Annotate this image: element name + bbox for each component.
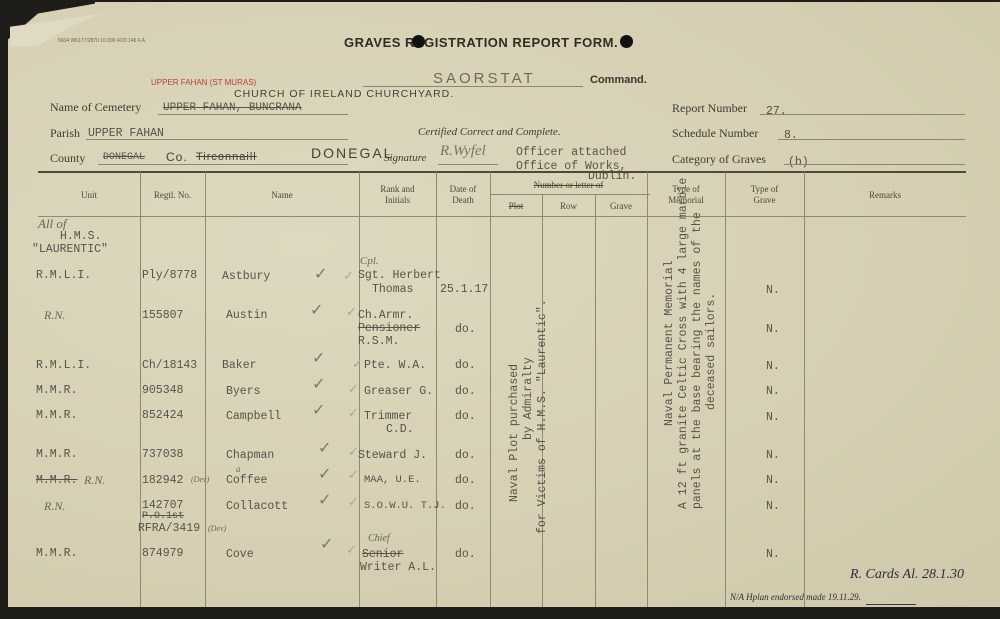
cell-name-pencil: a [236,464,241,474]
parish-label: Parish [50,126,80,141]
punch-hole [620,35,633,48]
category-label: Category of Graves [672,152,766,167]
cell-date: do. [455,385,476,398]
cell-unit: M.M.R. [36,409,77,422]
punch-hole [412,35,425,48]
check-mark-icon: ✓ [314,264,327,283]
cell-grave-type: N. [766,449,780,462]
check-mark-icon: ✓ [348,406,359,421]
cell-name: Cove [226,548,254,561]
cell-name: Coffee [226,474,267,487]
cell-rank: Ch.Armr. [358,309,413,322]
cell-name: Byers [226,385,261,398]
cell-rank: MAA, U.E. [364,474,421,486]
cemetery-handwritten: CHURCH OF IRELAND CHURCHYARD. [234,88,454,100]
header-plot: Plot [490,201,542,212]
cell-regtl-note: (Dev) [208,524,226,533]
cell-grave-type: N. [766,411,780,424]
cemetery-red-annotation: UPPER FAHAN (ST MURAS) [151,78,256,87]
cell-regtl-line-3: RFRA/3419 [138,522,200,535]
check-mark-icon: ✓ [318,490,331,509]
check-mark-icon: ✓ [348,382,359,397]
cemetery-label: Name of Cemetery [50,100,141,115]
cell-date: do. [455,548,476,561]
cell-rank-pencil: Cpl. [360,255,379,267]
cell-regtl-no: 905348 [142,384,183,397]
cell-rank: Sgt. Herbert [358,269,441,282]
form-title: GRAVES REGISTRATION REPORT FORM. [344,35,618,50]
cell-grave-type: N. [766,474,780,487]
header-row: Row [542,201,595,212]
cell-rank: Greaser G. [364,385,433,398]
cell-date: do. [455,449,476,462]
county-co: Co. [166,150,188,164]
header-grave: Grave [595,201,647,212]
cell-date: do. [455,410,476,423]
cell-unit: R.M.L.I. [36,359,91,372]
signature-value: R.Wyfel [440,143,486,160]
command-label: Command. [590,74,647,86]
plot-note: Naval Plot purchased by Admiralty for Vi… [508,299,550,502]
cell-unit: M.M.R. [36,384,77,397]
check-mark-icon: ✓ [312,348,325,367]
cell-unit: R.N. [44,499,65,514]
cell-rank: Senior [362,548,403,561]
check-mark-icon: ✓ [352,357,363,372]
cell-unit: R.M.L.I. [36,269,91,282]
header-remarks: Remarks [804,190,966,201]
cell-rank: Trimmer [364,410,412,423]
check-mark-icon: ✓ [348,468,359,483]
county-value: DONEGAL [311,145,393,161]
cell-date: 25.1.17 [440,283,488,296]
header-unit: Unit [38,190,140,201]
check-mark-icon: ✓ [343,269,354,284]
group-ship-line-1: H.M.S. [60,230,101,243]
cell-regtl-no: Ch/18143 [142,359,197,372]
header-rank: Rank andInitials [359,184,436,206]
cell-grave-type: N. [766,500,780,513]
check-mark-icon: ✓ [310,300,323,319]
cell-grave-type: N. [766,548,780,561]
report-number-value: 27. [766,105,787,118]
check-mark-icon: ✓ [318,438,331,457]
cell-regtl-no: 737038 [142,448,183,461]
header-bottom-rule [38,216,966,217]
cell-date: do. [455,500,476,513]
check-mark-icon: ✓ [312,374,325,393]
cell-rank-line-2: Writer A.L. [360,561,436,574]
cell-rank-pencil: Chief [368,533,390,544]
cell-rank-line-2: C.D. [386,423,414,436]
header-regtl-no: Regtl. No. [140,190,205,201]
cell-grave-type: N. [766,323,780,336]
remarks-signoff: R. Cards Al. 28.1.30 [850,567,964,583]
county-label: County [50,151,85,166]
report-number-label: Report Number [672,101,747,116]
header-grave-type: Type ofGrave [725,184,804,206]
cell-rank: S.O.W.U. T.J. [364,500,446,512]
schedule-number-value: 8. [784,129,798,142]
cell-regtl-no: 155807 [142,309,183,322]
check-mark-icon: ✓ [348,495,359,510]
header-date: Date ofDeath [436,184,490,206]
check-mark-icon: ✓ [320,534,333,553]
table-top-rule [38,171,966,173]
cell-name: Baker [222,359,257,372]
footer-note: N/A Hplan endorsed made 19.11.29. [730,592,861,602]
cell-rank-line-2: Pensioner [358,322,420,335]
cell-rank-line-2: Thomas [372,283,413,296]
cell-regtl-line-2: P.O.1st [142,511,184,522]
cell-regtl-no: 852424 [142,409,183,422]
cell-name: Austin [226,309,267,322]
cemetery-struck-value: UPPER FAHAN, BUNCRANA [163,102,302,114]
cell-grave-type: N. [766,284,780,297]
command-value: SAORSTAT [433,70,536,87]
header-number-group: Number or letter of [490,180,647,191]
number-group-rule [490,194,650,195]
cell-date: do. [455,359,476,372]
officer-line-1: Officer attached [516,146,626,159]
schedule-number-label: Schedule Number [672,126,758,141]
category-value: (b) [788,156,809,169]
signature-label: Signature [384,152,426,164]
header-name: Name [205,190,359,201]
cell-name: Chapman [226,449,274,462]
cell-regtl-no: 182942 [142,474,183,487]
check-mark-icon: ✓ [346,305,357,320]
cell-unit: M.M.R. [36,547,77,560]
cell-rank: Pte. W.A. [364,359,426,372]
cell-unit: M.M.R. [36,448,77,461]
cell-name: Campbell [226,410,281,423]
group-ship-line-2: "LAURENTIC" [32,243,108,256]
cell-regtl-no: 874979 [142,547,183,560]
cell-unit-pencil: R.N. [84,473,105,488]
cell-name: Astbury [222,270,270,283]
cell-date: do. [455,474,476,487]
cell-date: do. [455,323,476,336]
check-mark-icon: ✓ [318,464,331,483]
cell-rank-line-3: R.S.M. [358,335,399,348]
cell-regtl-note: (Dev) [191,475,209,484]
cell-grave-type: N. [766,360,780,373]
cell-rank: Steward J. [358,449,427,462]
cell-regtl-no: Ply/8778 [142,269,197,282]
cell-name: Collacott [226,500,288,513]
cell-unit-struck: M.M.R. [36,474,77,487]
cell-unit: R.N. [44,308,65,323]
graves-registration-form: 5604 W6177/2870 10.000 4/20 146 F.A. GRA… [8,2,1000,607]
print-code: 5604 W6177/2870 10.000 4/20 146 F.A. [58,38,146,44]
check-mark-icon: ✓ [312,400,325,419]
memorial-note: Naval Permanent Memorial A 12 ft granite… [663,178,719,484]
cell-grave-type: N. [766,385,780,398]
county-struck-1: DONEGAL [103,152,145,163]
county-struck-2: Tirconnaill [196,151,257,163]
certified-label: Certified Correct and Complete. [418,126,561,138]
check-mark-icon: ✓ [346,543,357,558]
